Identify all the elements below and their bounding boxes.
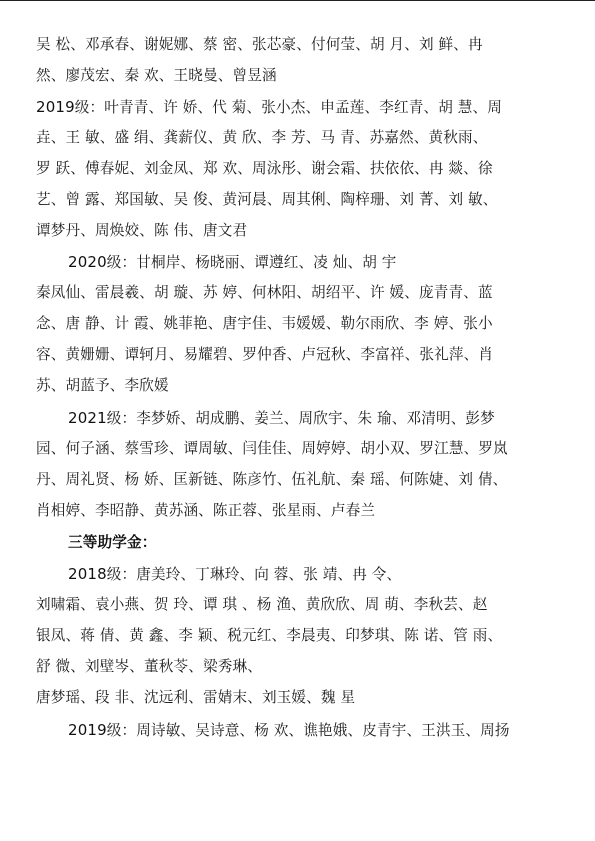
text-line: 肖相婷、李昭静、黄苏涵、陈正蓉、张星雨、卢春兰: [36, 500, 556, 522]
text-line: 念、唐 静、计 霞、姚菲艳、唐宇佳、韦媛媛、勒尔雨欣、李 婷、张小: [36, 313, 556, 335]
text-line: 谭梦丹、周焕姣、陈 伟、唐文君: [36, 220, 556, 242]
text-line: 垚、王 敏、盛 绢、龚薪仪、黄 欣、李 芳、马 青、苏嘉然、黄秋雨、: [36, 127, 556, 149]
text-line: 吴 松、邓承春、谢妮娜、蔡 密、张芯豪、付何莹、胡 月、刘 鲜、冉: [36, 34, 556, 56]
name-list-text: 舒 微、刘壁岑、董秋苓、梁秀琳、: [36, 658, 262, 675]
grade-line: 2020级：甘桐岸、杨晓丽、谭遵红、凌 灿、胡 宇: [68, 251, 588, 273]
grade-year: 2018: [68, 565, 107, 583]
text-line: 秦凤仙、雷晨羲、胡 璇、苏 婷、何林阳、胡绍平、许 媛、庞青青、蓝: [36, 282, 556, 304]
name-list-text: 谭梦丹、周焕姣、陈 伟、唐文君: [36, 222, 247, 239]
name-list-text: 叶青青、许 娇、代 菊、张小杰、申孟莲、李红青、胡 慧、周: [104, 99, 502, 116]
name-list-text: 刘啸霜、袁小燕、贺 玲、谭 琪 、杨 渔、黄欣欣、周 萌、李秋芸、赵: [36, 596, 488, 613]
name-list-text: 唐梦瑶、段 非、沈远利、雷婧末、刘玉媛、魏 星: [36, 689, 355, 706]
name-list-text: 丹、周礼贤、杨 娇、匡新链、陈彦竹、伍礼航、秦 瑶、何陈婕、刘 倩、: [36, 471, 507, 488]
name-list-text: 苏、胡蓝予、李欣媛: [36, 377, 169, 394]
name-list-text: 罗 跃、傅春妮、刘金凤、郑 欢、周泳彤、谢会霜、扶依依、冉 燚、徐: [36, 160, 493, 177]
name-list-text: 周诗敏、吴诗意、杨 欢、谯艳娥、皮青宇、王洪玉、周扬: [136, 722, 509, 739]
grade-year: 2021: [68, 409, 107, 427]
name-list-text: 园、何子涵、蔡雪珍、谭周敏、闫佳佳、周婷婷、胡小双、罗江慧、罗岚: [36, 440, 508, 457]
text-line: 艺、曾 露、郑国敏、吴 俊、黄河晨、周其俐、陶梓珊、刘 菁、刘 敏、: [36, 189, 556, 211]
document-page: 吴 松、邓承春、谢妮娜、蔡 密、张芯豪、付何莹、胡 月、刘 鲜、冉 然、廖茂宏、…: [0, 0, 595, 841]
text-line: 舒 微、刘壁岑、董秋苓、梁秀琳、: [36, 656, 556, 678]
text-line: 罗 跃、傅春妮、刘金凤、郑 欢、周泳彤、谢会霜、扶依依、冉 燚、徐: [36, 158, 556, 180]
name-list-text: 容、黄姗姗、谭轲月、易耀碧、罗仲香、卢冠秋、李富祥、张礼萍、肖: [36, 346, 493, 363]
name-list-text: 肖相婷、李昭静、黄苏涵、陈正蓉、张星雨、卢春兰: [36, 502, 375, 519]
grade-suffix: 级：: [75, 99, 105, 116]
text-line: 苏、胡蓝予、李欣媛: [36, 375, 556, 397]
text-line: 丹、周礼贤、杨 娇、匡新链、陈彦竹、伍礼航、秦 瑶、何陈婕、刘 倩、: [36, 469, 556, 491]
text-line: 银凤、蒋 倩、黄 鑫、李 颖、税元红、李晨夷、印梦琪、陈 诺、管 雨、: [36, 625, 556, 647]
name-list-text: 秦凤仙、雷晨羲、胡 璇、苏 婷、何林阳、胡绍平、许 媛、庞青青、蓝: [36, 284, 493, 301]
name-list-text: 然、廖茂宏、秦 欢、王晓曼、曾昱涵: [36, 67, 277, 84]
grade-year: 2019: [36, 98, 75, 116]
grade-year: 2019: [68, 721, 107, 739]
grade-suffix: 级：: [107, 254, 137, 271]
section-heading-text: 三等助学金：: [68, 534, 156, 551]
section-heading: 三等助学金：: [68, 532, 588, 554]
grade-line: 2019级：叶青青、许 娇、代 菊、张小杰、申孟莲、李红青、胡 慧、周: [36, 96, 556, 118]
text-line: 唐梦瑶、段 非、沈远利、雷婧末、刘玉媛、魏 星: [36, 687, 556, 709]
name-list-text: 银凤、蒋 倩、黄 鑫、李 颖、税元红、李晨夷、印梦琪、陈 诺、管 雨、: [36, 627, 502, 644]
grade-line: 2019级：周诗敏、吴诗意、杨 欢、谯艳娥、皮青宇、王洪玉、周扬: [68, 719, 588, 741]
text-line: 刘啸霜、袁小燕、贺 玲、谭 琪 、杨 渔、黄欣欣、周 萌、李秋芸、赵: [36, 594, 556, 616]
grade-line: 2018级：唐美玲、丁琳玲、向 蓉、张 靖、冉 令、: [68, 563, 588, 585]
name-list-text: 甘桐岸、杨晓丽、谭遵红、凌 灿、胡 宇: [136, 254, 396, 271]
name-list-text: 念、唐 静、计 霞、姚菲艳、唐宇佳、韦媛媛、勒尔雨欣、李 婷、张小: [36, 315, 493, 332]
grade-year: 2020: [68, 253, 107, 271]
name-list-text: 李梦娇、胡成鹏、姜兰、周欣宇、朱 瑜、邓清明、彭梦: [136, 410, 495, 427]
text-line: 园、何子涵、蔡雪珍、谭周敏、闫佳佳、周婷婷、胡小双、罗江慧、罗岚: [36, 438, 556, 460]
grade-suffix: 级：: [107, 566, 137, 583]
grade-line: 2021级：李梦娇、胡成鹏、姜兰、周欣宇、朱 瑜、邓清明、彭梦: [68, 407, 588, 429]
grade-suffix: 级：: [107, 410, 137, 427]
name-list-text: 吴 松、邓承春、谢妮娜、蔡 密、张芯豪、付何莹、胡 月、刘 鲜、冉: [36, 36, 483, 53]
name-list-text: 垚、王 敏、盛 绢、龚薪仪、黄 欣、李 芳、马 青、苏嘉然、黄秋雨、: [36, 129, 488, 146]
name-list-text: 艺、曾 露、郑国敏、吴 俊、黄河晨、周其俐、陶梓珊、刘 菁、刘 敏、: [36, 191, 497, 208]
name-list-text: 唐美玲、丁琳玲、向 蓉、张 靖、冉 令、: [136, 566, 401, 583]
text-line: 然、廖茂宏、秦 欢、王晓曼、曾昱涵: [36, 65, 556, 87]
grade-suffix: 级：: [107, 722, 137, 739]
text-line: 容、黄姗姗、谭轲月、易耀碧、罗仲香、卢冠秋、李富祥、张礼萍、肖: [36, 344, 556, 366]
